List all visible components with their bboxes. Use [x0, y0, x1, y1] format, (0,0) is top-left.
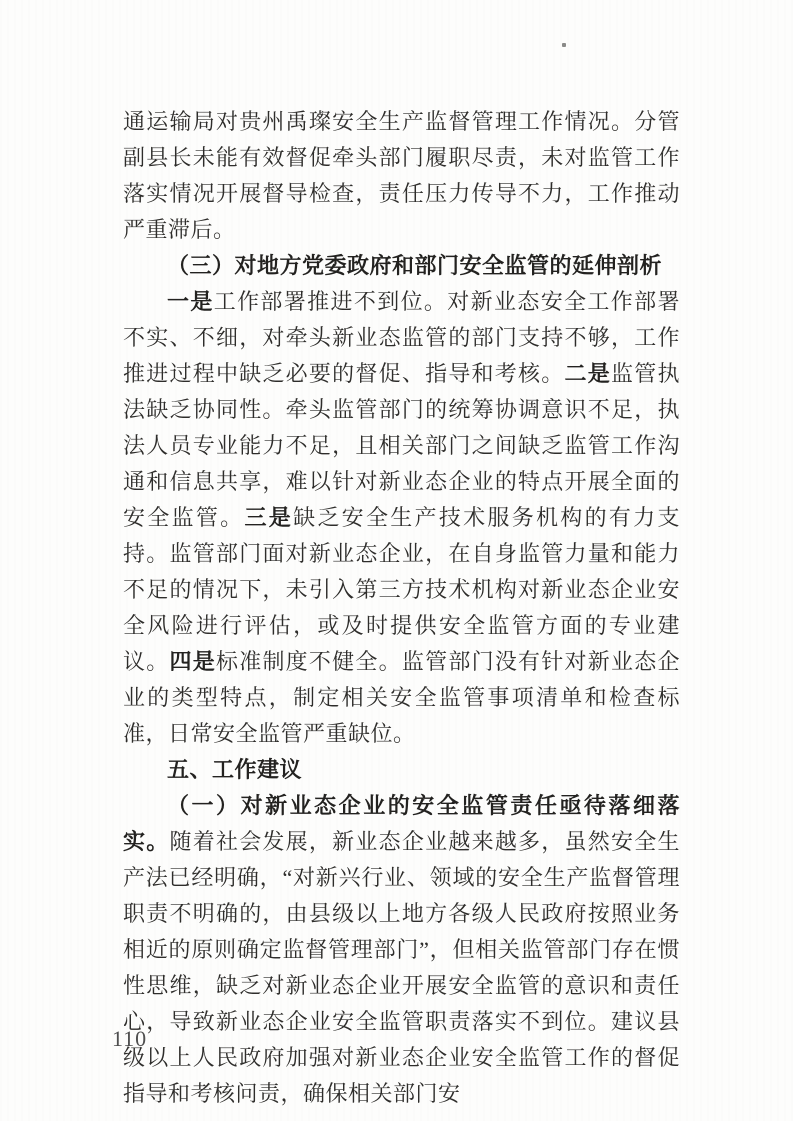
text-run: 随着社会发展，新业态企业越来越多，虽然安全生产法已经明确，“对新兴行业、领域的安… [123, 829, 680, 1106]
bold-text-run: 三是 [244, 505, 293, 530]
page-number: 110 [112, 1024, 147, 1054]
bold-text-run: 二是 [565, 361, 611, 386]
para-analysis-points: 一是工作部署推进不到位。对新业态安全工作部署不实、不细，对牵头新业态监管的部门支… [123, 284, 680, 752]
document-text-block: 通运输局对贵州禹璨安全生产监督管理工作情况。分管副县长未能有效督促牵头部门履职尽… [123, 104, 680, 1112]
scan-artifact-dot [562, 43, 566, 47]
para-recommendation-one: （一）对新业态企业的安全监管责任亟待落细落实。随着社会发展，新业态企业越来越多，… [123, 788, 680, 1112]
scanned-page: 通运输局对贵州禹璨安全生产监督管理工作情况。分管副县长未能有效督促牵头部门履职尽… [0, 0, 793, 1121]
bold-text-run: 五、工作建议 [167, 757, 302, 782]
heading-section-three: （三）对地方党委政府和部门安全监管的延伸剖析 [123, 248, 680, 284]
text-run: 通运输局对贵州禹璨安全生产监督管理工作情况。分管副县长未能有效督促牵头部门履职尽… [123, 109, 680, 242]
heading-chapter-five: 五、工作建议 [123, 752, 680, 788]
para-continuation: 通运输局对贵州禹璨安全生产监督管理工作情况。分管副县长未能有效督促牵头部门履职尽… [123, 104, 680, 248]
bold-text-run: （三）对地方党委政府和部门安全监管的延伸剖析 [167, 253, 662, 278]
bold-text-run: 四是 [169, 649, 215, 674]
bold-text-run: 一是 [167, 289, 214, 314]
